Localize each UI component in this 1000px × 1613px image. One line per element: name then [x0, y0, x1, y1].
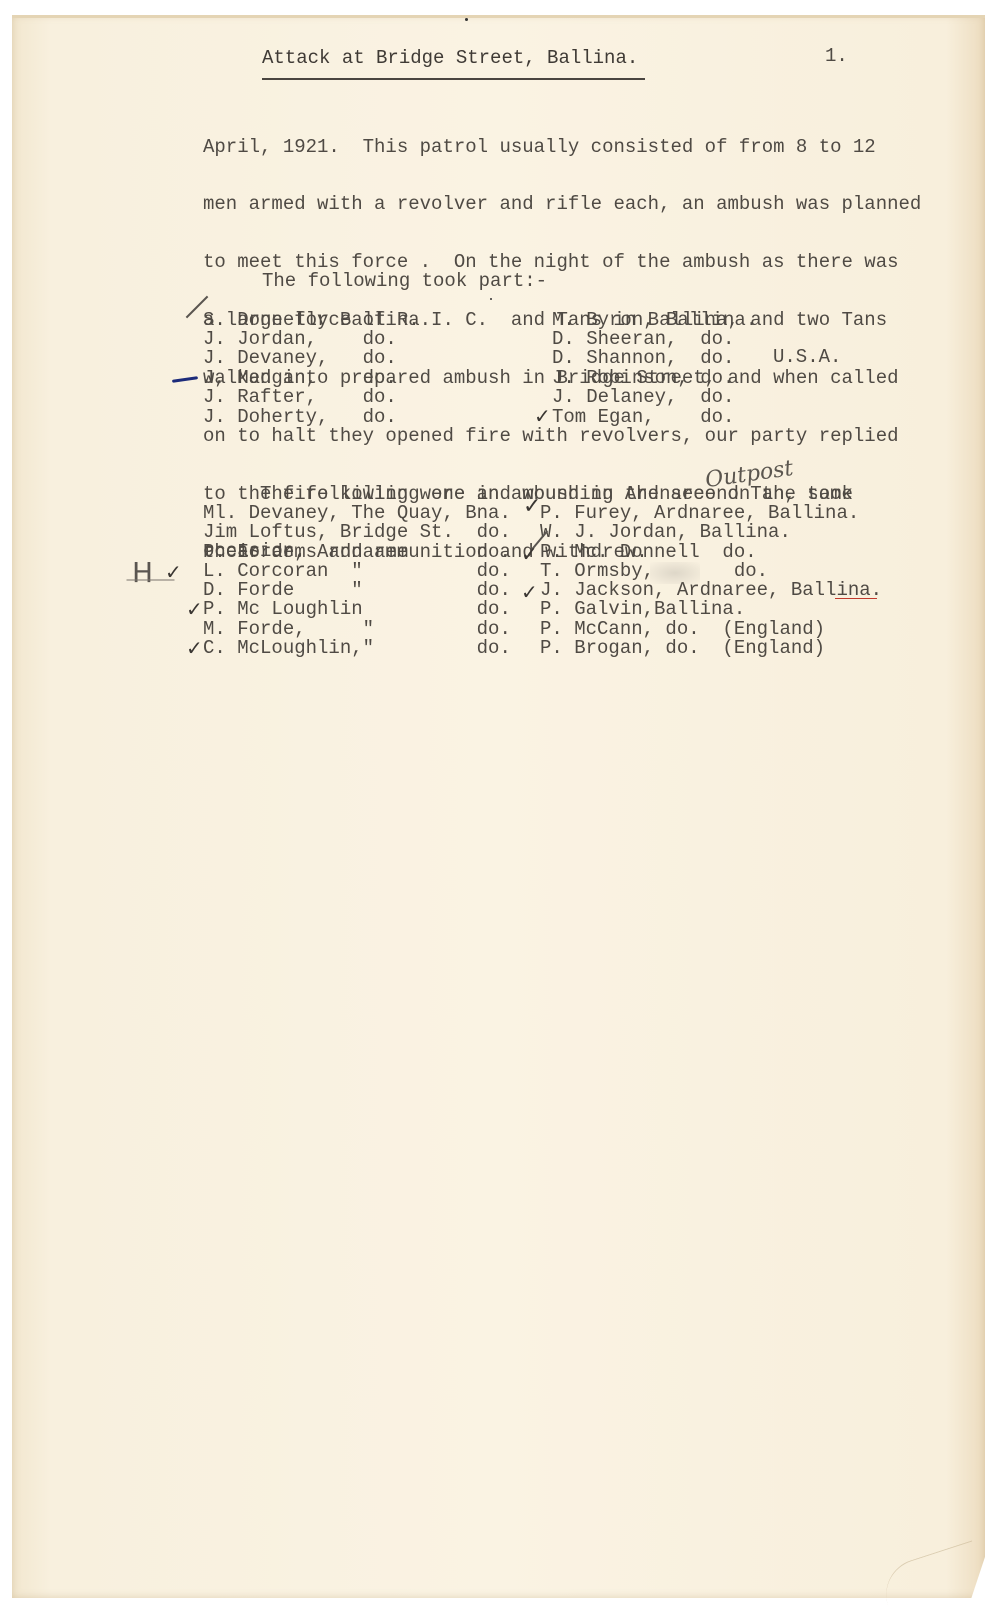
- ambush-member: W. J. Jordan, Ballina.: [540, 523, 791, 542]
- participant: D. Shannon, do.: [552, 349, 734, 368]
- stray-dot: [490, 298, 492, 300]
- ambush-member: P. Brogan, do. (England): [540, 639, 825, 658]
- paragraph-line: April, 1921. This patrol usually consist…: [203, 138, 921, 157]
- participant: J. Devaney, do.: [203, 349, 397, 368]
- paragraph-line: men armed with a revolver and rifle each…: [203, 195, 921, 214]
- paragraph-line: on to halt they opened fire with revolve…: [203, 427, 921, 446]
- title-underline: [262, 78, 645, 80]
- paper-edge: [12, 15, 985, 18]
- check-mark-icon: ✓: [521, 580, 538, 604]
- red-pen-underline: [835, 598, 877, 599]
- participant: Tom Egan, do.: [552, 408, 734, 427]
- document-title: Attack at Bridge Street, Ballina.: [262, 49, 638, 68]
- check-mark-icon: ✓: [186, 636, 203, 660]
- participant: J. Doherty, do.: [203, 408, 397, 427]
- section1-lead: The following took part:-: [262, 272, 547, 291]
- ambush-member: P. Mc Loughlin do.: [203, 600, 511, 619]
- margin-annotation-h: H: [132, 556, 153, 589]
- participant: J. Delaney, do.: [552, 388, 734, 407]
- ambush-member: P. Galvin,Ballina.: [540, 600, 745, 619]
- ambush-member: C. McLoughlin," do.: [203, 639, 511, 658]
- check-mark-icon: ✓: [534, 404, 551, 428]
- strike-line: [127, 580, 175, 581]
- check-mark-icon: ✓: [523, 494, 541, 519]
- check-mark-icon: ✓: [186, 597, 203, 621]
- check-mark-icon: ✓: [521, 542, 538, 566]
- ambush-member: Jim Loftus, Bridge St. do.: [203, 523, 511, 542]
- page-number: 1.: [825, 47, 848, 66]
- usa-note: U.S.A.: [773, 348, 841, 367]
- smudge: [650, 562, 700, 584]
- stray-mark: [465, 18, 468, 21]
- participant: J. Rafter, do.: [203, 388, 397, 407]
